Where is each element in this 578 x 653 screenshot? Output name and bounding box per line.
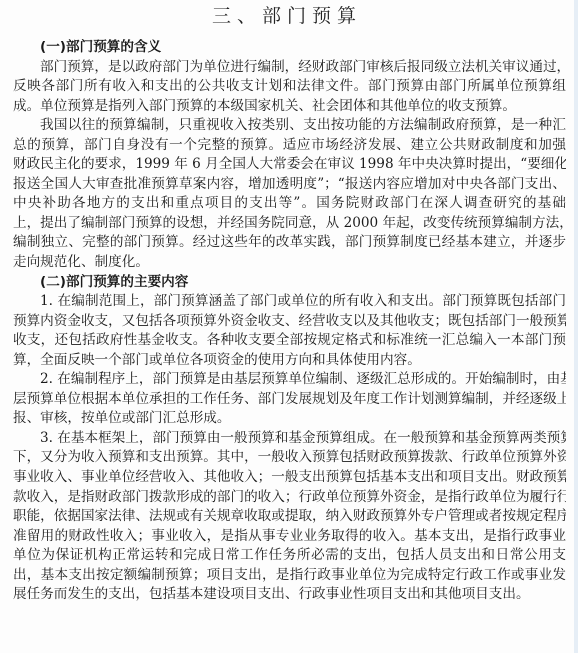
text-line: 编制独立、完整的部门预算。经过这些年的改革实践，部门预算制度已经基本建立，并逐步 <box>13 233 566 253</box>
text-line: 收支，还包括政府性基金收支。各种收支要全部按规定格式和标准统一汇总编入一本部门预 <box>13 331 566 351</box>
text-line: 1. 在编制范围上，部门预算涵盖了部门或单位的所有收入和支出。部门预算既包括部门 <box>13 292 566 312</box>
section-heading: (一)部门预算的含义 <box>13 38 566 58</box>
text-line: 出，基本支出按定额编制预算；项目支出，是指行政事业单位为完成特定行政工作或事业发 <box>13 566 566 586</box>
paragraph: 我国以往的预算编制，只重视收入按类别、支出按功能的方法编制政府预算，是一种汇 总… <box>13 116 566 272</box>
text-line: 预算内资金收支，又包括各项预算外资金收支、经营收支以及其他收支；既包括部门一般预… <box>13 312 566 332</box>
paragraph: 2. 在编制程序上，部门预算是由基层预算单位编制、逐级汇总形成的。开始编制时，由… <box>13 370 566 429</box>
text-line: 展任务而发生的支出，包括基本建设项目支出、行政事业性项目支出和其他项目支出。 <box>13 585 566 605</box>
text-line: 款收入，是指财政部门拨款形成的部门的收入；行政单位预算外资金，是指行政单位为履行… <box>13 488 566 508</box>
text-line: 我国以往的预算编制，只重视收入按类别、支出按功能的方法编制政府预算，是一种汇 <box>13 116 566 136</box>
text-line: 2. 在编制程序上，部门预算是由基层预算单位编制、逐级汇总形成的。开始编制时，由… <box>13 370 566 390</box>
text-line: 准留用的财政性收入；事业收入，是指从事专业业务取得的收入。基本支出，是指行政事业 <box>13 527 566 547</box>
document-body: (一)部门预算的含义 部门预算，是以政府部门为单位进行编制，经财政部门审核后报同… <box>13 38 566 605</box>
page-title: 三、部门预算 <box>0 2 574 30</box>
paragraph: 1. 在编制范围上，部门预算涵盖了部门或单位的所有收入和支出。部门预算既包括部门… <box>13 292 566 370</box>
text-line: 反映各部门所有收入和支出的公共收支计划和法律文件。部门预算由部门所属单位预算组 <box>13 77 566 97</box>
document-page: 三、部门预算 (一)部门预算的含义 部门预算，是以政府部门为单位进行编制，经财政… <box>0 0 574 653</box>
text-line: 部门预算，是以政府部门为单位进行编制，经财政部门审核后报同级立法机关审议通过， <box>13 58 566 78</box>
text-line: 层预算单位根据本单位承担的工作任务、部门发展规划及年度工作计划测算编制，并经逐级… <box>13 390 566 410</box>
text-line: 报送全国人大审查批准预算草案内容，增加透明度”；“报送内容应增加对中央各部门支出… <box>13 175 566 195</box>
text-line: 走向规范化、制度化。 <box>13 253 566 273</box>
text-line: 成。单位预算是指列入部门预算的本级国家机关、社会团体和其他单位的收支预算。 <box>13 97 566 117</box>
text-line: 单位为保证机构正常运转和完成日常工作任务所必需的支出，包括人员支出和日常公用支 <box>13 546 566 566</box>
text-line: 3. 在基本框架上，部门预算由一般预算和基金预算组成。在一般预算和基金预算两类预… <box>13 429 566 449</box>
text-line: 事业收入、事业单位经营收入、其他收入；一般支出预算包括基本支出和项目支出。财政预… <box>13 468 566 488</box>
page-edge <box>574 0 578 653</box>
text-line: 职能，依据国家法律、法规或有关规章收取或提取，纳入财政预算外专户管理或者按规定程… <box>13 507 566 527</box>
text-line: 总的预算，部门自身没有一个完整的预算。适应市场经济发展、建立公共财政制度和加强 <box>13 136 566 156</box>
paragraph: 3. 在基本框架上，部门预算由一般预算和基金预算组成。在一般预算和基金预算两类预… <box>13 429 566 605</box>
text-line: 上，提出了编制部门预算的设想，并经国务院同意，从 2000 年起，改变传统预算编… <box>13 214 566 234</box>
text-line: 下，又分为收入预算和支出预算。其中，一般收入预算包括财政预算拨款、行政单位预算外… <box>13 448 566 468</box>
text-line: 财政民主化的要求，1999 年 6 月全国人大常委会在审议 1998 年中央决算… <box>13 155 566 175</box>
text-line: 算，全面反映一个部门或单位各项资金的使用方向和具体使用内容。 <box>13 351 566 371</box>
text-line: 中央补助各地方的支出和重点项目的支出等”。国务院财政部门在深人调查研究的基础 <box>13 194 566 214</box>
paragraph: 部门预算，是以政府部门为单位进行编制，经财政部门审核后报同级立法机关审议通过， … <box>13 58 566 117</box>
text-line: 报、审核，按单位或部门汇总形成。 <box>13 409 566 429</box>
section-heading: (二)部门预算的主要内容 <box>13 273 566 293</box>
